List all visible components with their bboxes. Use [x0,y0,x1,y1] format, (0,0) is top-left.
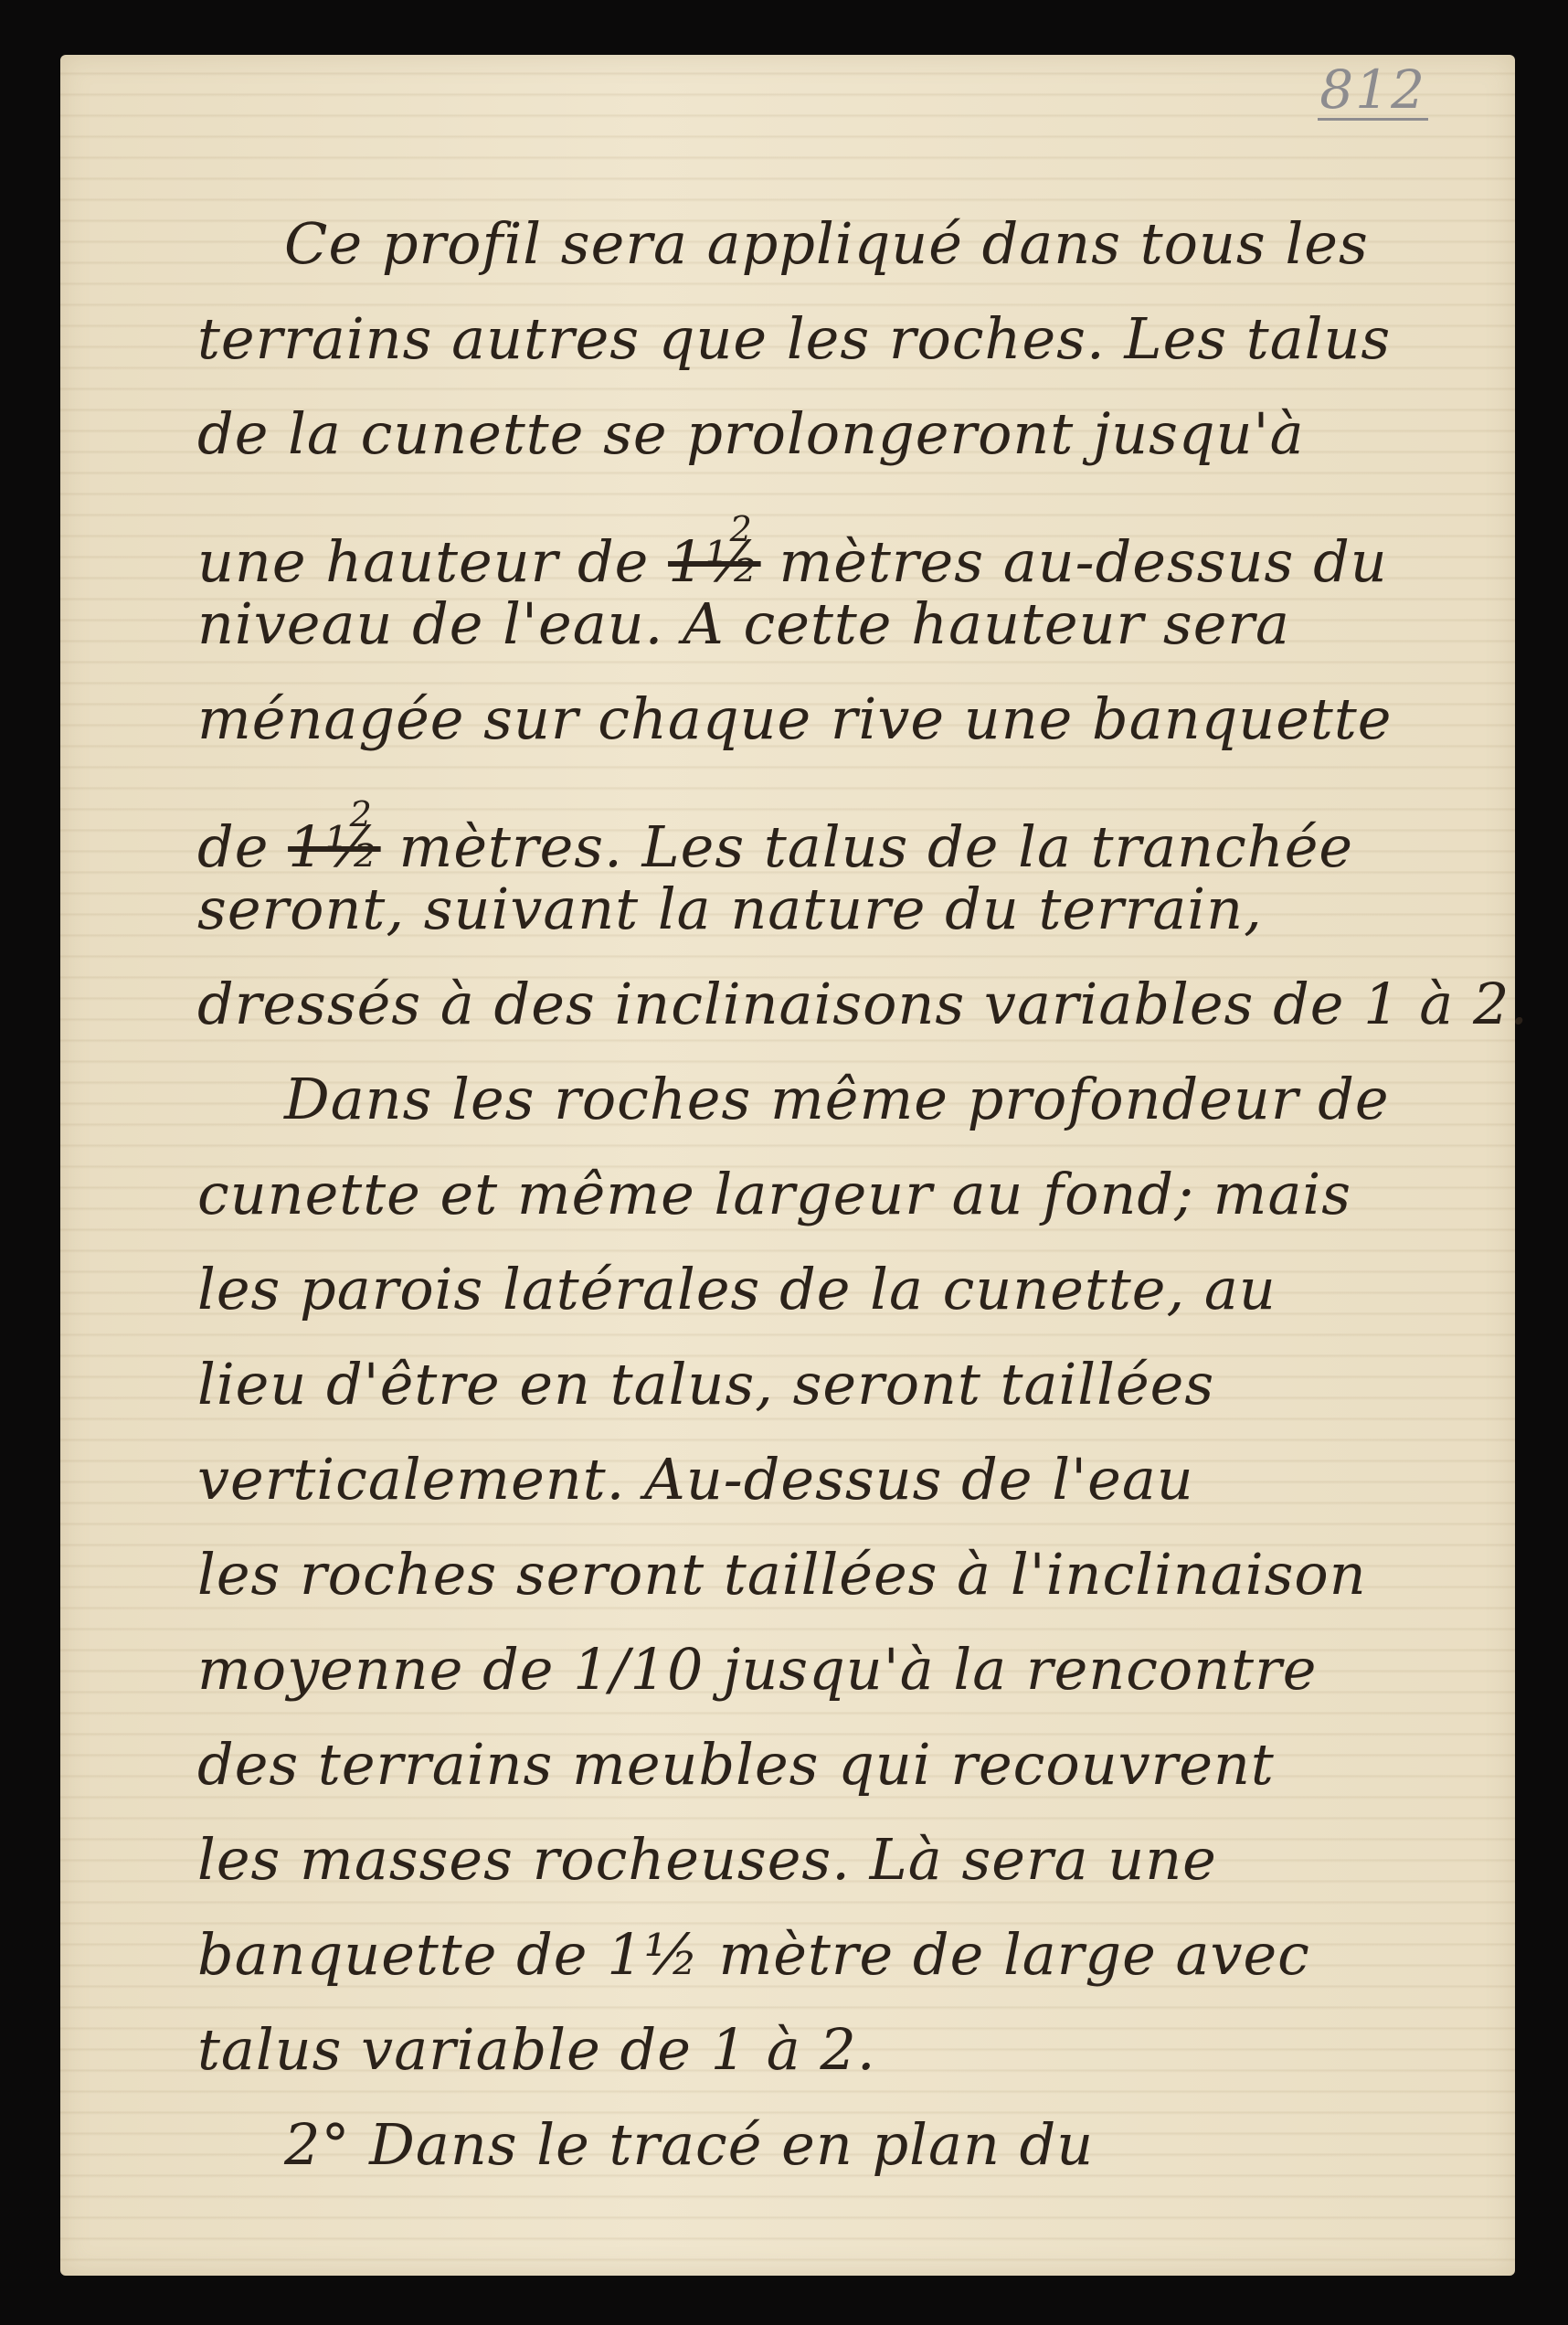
correction-value: 2 [730,509,753,549]
text-line: verticalement. Au-dessus de l'eau [197,1432,1513,1527]
folio-number: 812 [1318,62,1428,121]
manuscript-page: 812 Ce profil sera appliqué dans tous le… [60,55,1515,2276]
scan-background: 812 Ce profil sera appliqué dans tous le… [0,0,1568,2325]
text-line: Dans les roches même profondeur de [197,1052,1513,1147]
text-line: les parois latérales de la cunette, au [197,1242,1513,1337]
text-line: 2° Dans le tracé en plan du [197,2097,1513,2192]
text-line: Ce profil sera appliqué dans tous les [197,196,1513,292]
correction-value: 2 [350,794,373,834]
text-line-with-correction: une hauteur de 1½2 mètres au-dessus du [197,482,1513,577]
text-line: dressés à des inclinaisons variables de … [197,957,1513,1052]
text-line: lieu d'être en talus, seront taillées [197,1337,1513,1432]
text-line: des terrains meubles qui recouvrent [197,1717,1513,1812]
text-line-with-correction: de 1½2 mètres. Les talus de la tranchée [197,767,1513,862]
text-line: ménagée sur chaque rive une banquette [197,672,1513,767]
text-line: talus variable de 1 à 2. [197,2002,1513,2097]
handwritten-text: Ce profil sera appliqué dans tous les te… [197,196,1513,2192]
text-line: terrains autres que les roches. Les talu… [197,292,1513,387]
text-line: cunette et même largeur au fond; mais [197,1147,1513,1242]
text-line: les masses rocheuses. Là sera une [197,1812,1513,1907]
text-line: de la cunette se prolongeront jusqu'à [197,387,1513,482]
text-line: banquette de 1½ mètre de large avec [197,1907,1513,2002]
text-line: moyenne de 1/10 jusqu'à la rencontre [197,1622,1513,1717]
text-line: les roches seront taillées à l'inclinais… [197,1527,1513,1622]
